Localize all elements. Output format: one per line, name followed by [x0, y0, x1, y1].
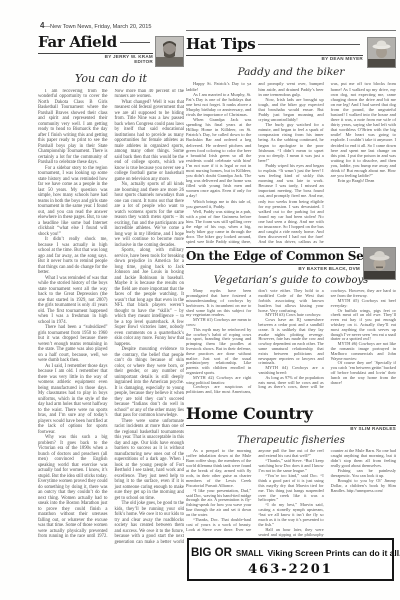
- folio-line: 4—New Town News, Friday, March 20, 2015: [40, 21, 152, 30]
- paragraph: MYTH #6) Cowboys are not like the romant…: [331, 342, 396, 361]
- paragraph: Which brings me to this tale of, you gue…: [186, 199, 251, 209]
- common-sense-body: Many myths have been promulgated that ha…: [186, 289, 396, 398]
- banner-rule: [120, 42, 150, 43]
- home-country-banner: Home Country BY SLIM RANDLES: [186, 404, 396, 431]
- article-hat-tips: Hat Tips BY DEAN MEYER Paddy and the bik…: [186, 30, 396, 244]
- newspaper-page: 4—New Town News, Friday, March 20, 2015 …: [0, 0, 400, 600]
- columnist-photo-baxter-black: [363, 247, 396, 280]
- ad-phone-number: 463-2201: [191, 562, 390, 577]
- paragraph: Happy St. Patrick’s Day to ya laddie!: [186, 81, 251, 91]
- byline-home-country: BY SLIM RANDLES: [186, 426, 396, 431]
- paragraph: “I like your presentation, Dud,” said Do…: [186, 489, 251, 518]
- paragraph: “You’re too kind,” said Doc. “I think a …: [258, 474, 323, 503]
- paragraph: The burly guy watched for a minute, and …: [258, 122, 323, 163]
- paragraph: “I do my best,” Marvin said, casting a s…: [258, 503, 323, 528]
- paragraph: Brought to you by Ol’ Jimmy Dollar, a ch…: [331, 479, 396, 494]
- paragraph: It didn’t really shock me, because I was…: [38, 237, 108, 276]
- article-common-sense: On the Edge of Common Sense BY BAXTER BL…: [186, 246, 396, 398]
- paragraph: Now, Irish lads are brought up tough, an…: [258, 97, 323, 122]
- top-rule: [186, 247, 360, 248]
- paragraph: As I am married to a Murphy, St. Pat’s D…: [186, 92, 251, 117]
- headline-paddy-and-the-biker: Paddy and the biker: [186, 66, 396, 78]
- paragraph: I am recovering from the wonderful oppor…: [38, 89, 108, 166]
- paragraph: When Grandpa Jack was spending his final…: [186, 117, 251, 199]
- paragraph: Sports, along with military service, hav…: [115, 248, 185, 347]
- byline-far-afield: BY JERRY W. KRAM EDITOR: [38, 54, 153, 65]
- columnist-photo-jerry-kram: [155, 36, 184, 67]
- section-title-far-afield: Far Afield: [38, 33, 117, 51]
- section-title-home-country: Home Country: [186, 404, 396, 423]
- paragraph: Of course they are! ’Specially if you ca…: [331, 361, 396, 385]
- byline-rule: [186, 264, 360, 265]
- hat-tips-body: Happy St. Patrick’s Day to ya laddie!As …: [186, 81, 396, 244]
- common-sense-banner: On the Edge of Common Sense BY BAXTER BL…: [186, 247, 396, 271]
- paragraph: Despite mounting evidence to the contrar…: [115, 347, 185, 419]
- masthead-text: —New Town News, Friday, March 20, 2015: [44, 24, 151, 30]
- paragraph: Erin go Bragh! Dean: [331, 178, 396, 183]
- far-afield-body: I am recovering from the wonderful oppor…: [38, 89, 184, 547]
- paragraph: “Thanks,” said Steve. “But I keep watchi…: [258, 459, 323, 474]
- paragraph: Cows have an IQ somewhere between a ceda…: [258, 318, 323, 366]
- home-country-body: As a prequel to the morning coffee inhal…: [186, 449, 396, 538]
- ad-headline: BIG OR SMALL Viking Screen Prints can do…: [191, 543, 390, 561]
- ad-viking-screen-prints: BIG OR SMALL Viking Screen Prints can do…: [187, 538, 394, 581]
- headline-therapeutic-fisheries: Therapeutic fisheries: [186, 435, 396, 446]
- paragraph: For a sidebar story to the region tourna…: [38, 166, 108, 238]
- paragraph: No, actually sports of all kinds are boo…: [115, 182, 185, 248]
- paragraph: Many myths have been promulgated that ha…: [186, 289, 251, 318]
- banner-rule: [258, 44, 360, 45]
- paragraph: As a prequel to the morning coffee inhal…: [186, 449, 251, 488]
- hat-tips-banner: Hat Tips BY DEAN MEYER: [186, 34, 396, 61]
- far-afield-banner: Far Afield BY JERRY W. KRAM EDITOR: [38, 32, 184, 65]
- paragraph: This myth may be reinforced by the cowbo…: [186, 328, 251, 376]
- paragraph: Or buffalo wings, pigs feet or cheek mea…: [331, 309, 396, 343]
- paragraph: There had been a “subsidized” girls tour…: [38, 325, 108, 364]
- article-home-country: Home Country BY SLIM RANDLES Therapeutic…: [186, 404, 396, 538]
- byline-hat-tips: BY DEAN MEYER: [186, 56, 363, 61]
- section-title-hat-tips: Hat Tips: [186, 35, 255, 53]
- paragraph: There were some unfortunate racist incid…: [115, 419, 185, 502]
- byline-common-sense: BY BAXTER BLACK, DVM: [186, 266, 360, 271]
- columnist-photo-dean-meyer: [367, 37, 396, 68]
- byline-title: EDITOR: [38, 59, 153, 64]
- ad-text-big: BIG OR: [191, 547, 232, 559]
- paragraph: As I said, I remember those days because…: [38, 364, 108, 436]
- ad-text-rest: Viking Screen Prints can do it all.: [267, 548, 400, 558]
- paragraph: What changed? Well it was that meanest o…: [115, 100, 185, 183]
- ad-text-small: SMALL: [236, 549, 264, 558]
- headline-you-can-do-it: You can do it: [38, 72, 184, 85]
- section-title-common-sense: On the Edge of Common Sense: [186, 249, 360, 263]
- article-far-afield: Far Afield BY JERRY W. KRAM EDITOR You c…: [38, 32, 184, 547]
- paragraph: What I was reminded of was that while th…: [38, 276, 108, 326]
